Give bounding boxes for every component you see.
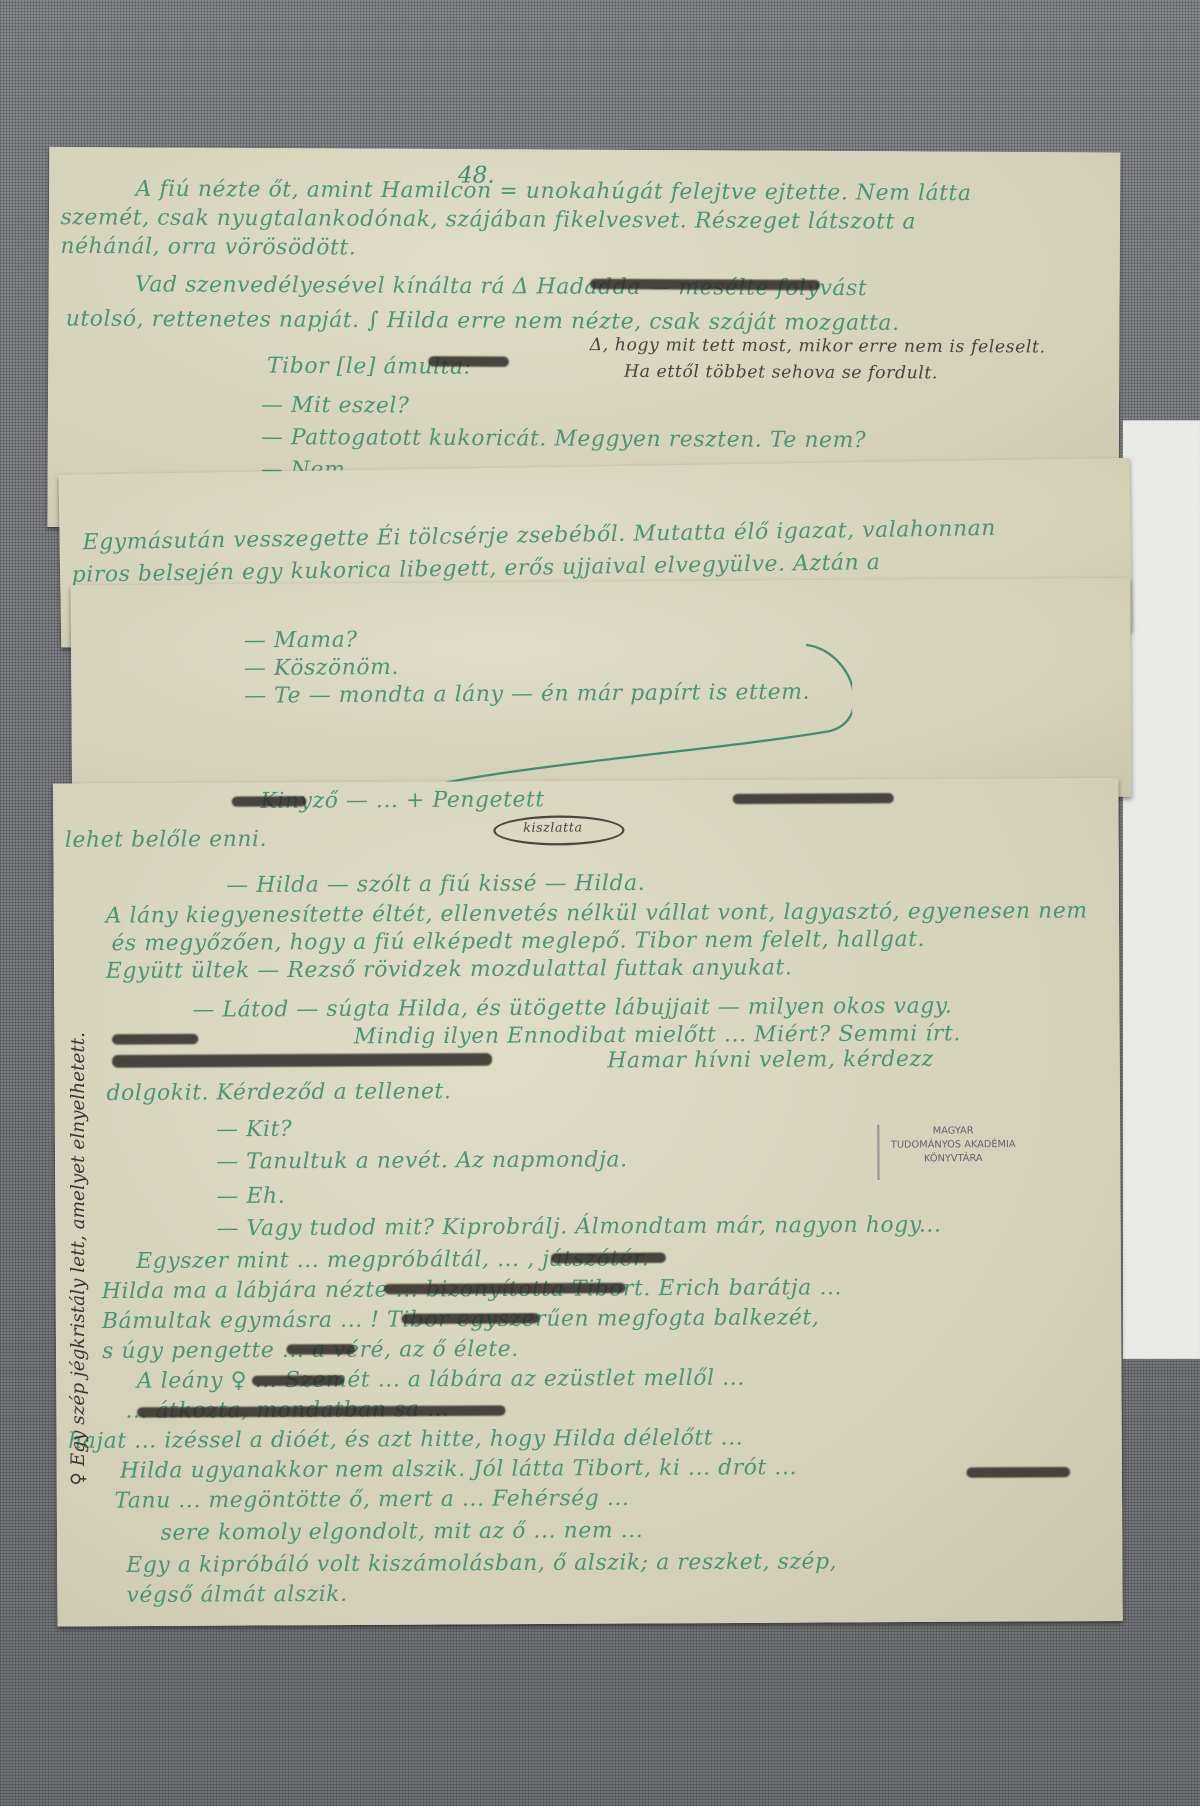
- text-line: szemét, csak nyugtalankodónak, szájában …: [60, 205, 916, 235]
- text-line: — Mama?: [244, 627, 358, 653]
- strikethrough: [137, 1405, 506, 1417]
- strikethrough: [384, 1283, 626, 1295]
- text-line: és megyőzően, hogy a fiú elképedt meglep…: [111, 926, 925, 956]
- strikethrough: [112, 1034, 198, 1045]
- text-line: — Mit eszel?: [261, 392, 409, 418]
- manuscript-sheet-4: Kinyző — ... + Pengetett kiszlatta lehet…: [53, 778, 1123, 1627]
- text-line: sere komoly elgondolt, mit az ő ... nem …: [161, 1518, 644, 1546]
- library-stamp: MAGYAR TUDOMÁNYOS AKADÉMIA KÖNYVTÁRA: [877, 1124, 1022, 1180]
- text-line: — Kit?: [216, 1116, 292, 1142]
- text-line: Hilda ugyanakkor nem alszik. Jól látta T…: [120, 1455, 797, 1484]
- strikethrough: [401, 1313, 539, 1324]
- stamp-line: KÖNYVTÁRA: [884, 1152, 1022, 1167]
- text-line: Hamar hívni velem, kérdezz: [607, 1046, 934, 1073]
- strikethrough: [733, 793, 894, 804]
- text-line: — Tanultuk a nevét. Az napmondja.: [216, 1147, 627, 1174]
- manuscript-photo: 48. A fiú nézte őt, amint Hamilcon = uno…: [0, 0, 1200, 1806]
- text-line: utolsó, rettenetes napját. ∫ Hilda erre …: [66, 306, 900, 336]
- text-line: — Vagy tudod mit? Kiprobrálj. Álmondtam …: [217, 1212, 942, 1241]
- correction-label: kiszlatta: [523, 820, 583, 835]
- strikethrough: [966, 1467, 1070, 1478]
- strikethrough: [112, 1053, 492, 1068]
- text-line: lehet belőle enni.: [65, 826, 267, 852]
- text-line: hajat ... izéssel a dióét, és azt hitte,…: [68, 1425, 743, 1454]
- strikethrough: [232, 796, 307, 807]
- strikethrough: [590, 279, 820, 291]
- text-line: — Hilda — szólt a fiú kissé — Hilda.: [226, 870, 645, 898]
- pencil-insert: Δ, hogy mit tett most, mikor erre nem is…: [590, 334, 1046, 357]
- text-line: A lány kiegyenesítette éltét, ellenvetés…: [106, 898, 1088, 928]
- stamp-line: MAGYAR: [884, 1124, 1022, 1139]
- text-line: A leány ♀ ... Szemét ... a lábára az ezü…: [137, 1365, 745, 1394]
- text-line: Mindig ilyen Ennodibat mielőtt ... Miért…: [354, 1021, 961, 1050]
- text-line: Egy a kipróbáló volt kiszámolásban, ő al…: [126, 1549, 837, 1578]
- text-line: A fiú nézte őt, amint Hamilcon = unokahú…: [135, 176, 971, 206]
- strikethrough: [428, 356, 509, 367]
- text-line: néhánál, orra vörösödött.: [60, 233, 356, 260]
- stamp-line: TUDOMÁNYOS AKADÉMIA: [884, 1138, 1022, 1153]
- strikethrough: [286, 1344, 355, 1355]
- text-line: — Eh.: [216, 1183, 285, 1209]
- strikethrough: [551, 1253, 666, 1264]
- margin-note: ♀ Egy szép jégkristály lett, amelyet eln…: [67, 1032, 89, 1486]
- pencil-insert: Ha ettől többet sehova se fordult.: [624, 361, 938, 383]
- text-line: dolgokit. Kérdeződ a tellenet.: [106, 1079, 451, 1106]
- text-line: — Látod — súgta Hilda, és ütögette lábuj…: [192, 993, 952, 1022]
- text-line: végső álmát alszik.: [126, 1581, 347, 1607]
- strikethrough: [252, 1375, 344, 1386]
- text-line: — Pattogatott kukoricát. Meggyen reszten…: [261, 424, 866, 453]
- text-line: Együtt ültek — Rezső rövidzek mozdulatta…: [106, 955, 793, 984]
- text-line: Tanu ... megöntötte ő, mert a ... Fehérs…: [114, 1485, 629, 1513]
- background-card: [1123, 420, 1200, 1359]
